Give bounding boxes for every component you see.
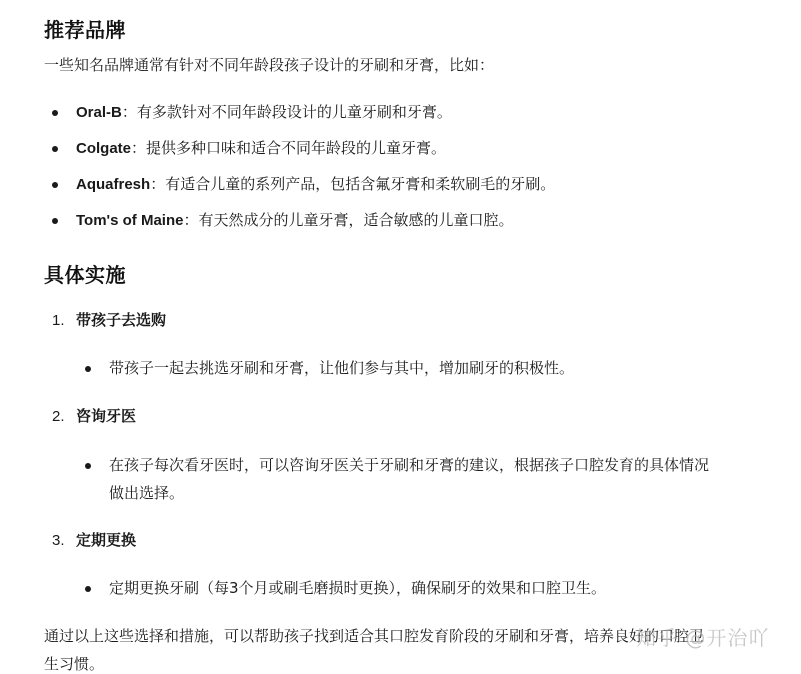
- section-title-implementation: 具体实施: [44, 259, 126, 288]
- bullet-icon: [52, 146, 58, 152]
- brand-description: 有天然成分的儿童牙膏，适合敏感的儿童口腔。: [198, 211, 513, 229]
- bullet-icon: [52, 110, 58, 116]
- brand-name: Colgate: [76, 140, 131, 157]
- step-bullet-line: 做出选择。: [109, 480, 184, 507]
- step-bullet-line: 在孩子每次看牙医时，可以咨询牙医关于牙刷和牙膏的建议，根据孩子口腔发育的具体情况: [109, 452, 709, 479]
- brand-description: 有适合儿童的系列产品，包括含氟牙膏和柔软刷毛的牙刷。: [165, 175, 555, 193]
- bullet-icon: [85, 463, 91, 469]
- list-item-brand: Tom's of Maine：有天然成分的儿童牙膏，适合敏感的儿童口腔。: [76, 207, 514, 234]
- bullet-icon: [85, 586, 91, 592]
- section-title-recommended-brands: 推荐品牌: [44, 14, 126, 43]
- separator: ：: [183, 211, 198, 229]
- step-item: 1.: [52, 307, 65, 334]
- bullet-icon: [52, 182, 58, 188]
- separator: ：: [131, 139, 146, 157]
- conclusion-line: 通过以上这些选择和措施，可以帮助孩子找到适合其口腔发育阶段的牙刷和牙膏，培养良好…: [44, 623, 704, 650]
- step-bullet: 带孩子一起去挑选牙刷和牙膏，让他们参与其中，增加刷牙的积极性。: [109, 355, 574, 382]
- step-bullet: 定期更换牙刷（每3个月或刷毛磨损时更换），确保刷牙的效果和口腔卫生。: [109, 575, 606, 602]
- conclusion-line: 生习惯。: [44, 651, 104, 674]
- step-number: 3.: [52, 532, 65, 549]
- list-item-brand: Oral-B：有多款针对不同年龄段设计的儿童牙刷和牙膏。: [76, 99, 452, 126]
- step-title: 咨询牙医: [76, 403, 136, 430]
- intro-paragraph: 一些知名品牌通常有针对不同年龄段孩子设计的牙刷和牙膏，比如：: [44, 52, 494, 79]
- separator: ：: [150, 175, 165, 193]
- brand-name: Aquafresh: [76, 176, 150, 193]
- bullet-icon: [52, 218, 58, 224]
- brand-name: Tom's of Maine: [76, 212, 183, 229]
- step-title: 带孩子去选购: [76, 307, 166, 334]
- separator: ：: [122, 103, 137, 121]
- bullet-icon: [85, 366, 91, 372]
- brand-description: 有多款针对不同年龄段设计的儿童牙刷和牙膏。: [137, 103, 452, 121]
- list-item-brand: Colgate：提供多种口味和适合不同年龄段的儿童牙膏。: [76, 135, 446, 162]
- watermark: 知乎 @开治吖: [636, 622, 769, 651]
- step-number: 2.: [52, 408, 65, 425]
- brand-name: Oral-B: [76, 104, 122, 121]
- step-number: 1.: [52, 312, 65, 329]
- step-item: 2.: [52, 403, 65, 430]
- step-item: 3.: [52, 527, 65, 554]
- brand-description: 提供多种口味和适合不同年龄段的儿童牙膏。: [146, 139, 446, 157]
- step-title: 定期更换: [76, 527, 136, 554]
- list-item-brand: Aquafresh：有适合儿童的系列产品，包括含氟牙膏和柔软刷毛的牙刷。: [76, 171, 555, 198]
